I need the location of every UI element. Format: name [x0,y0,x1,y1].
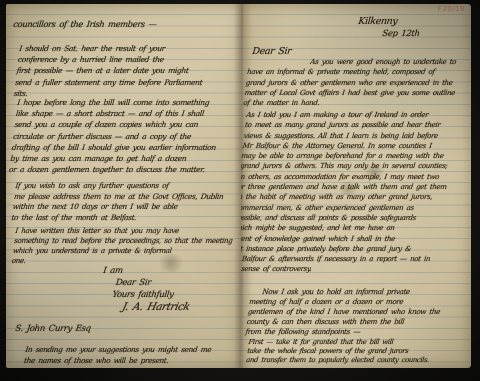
handwriting-line: grand jurors & other gentlemen who are e… [245,78,464,88]
handwriting-line: gentlemen of the kind I have mentioned w… [247,307,466,317]
handwriting-line: to meet as many grand jurors as possible… [244,120,465,130]
reference-number: F20/18 [438,5,465,13]
handwriting-line: As I told you I am making a tour of Irel… [246,110,467,120]
handwriting-line: or a dozen gentlemen together to discuss… [8,164,229,175]
handwriting-line: conference by a hurried line mailed the [17,54,236,65]
handwriting-line: Now I ask you to hold an informal privat… [250,287,469,297]
paragraph: As I told you I am making a tour of Irel… [241,110,467,275]
place-line: Kilkenny [358,16,398,27]
handwriting-line: matter of Local Govt affairs I had best … [244,88,463,98]
letter-scan: councillors of the Irish members — I sho… [6,4,471,368]
handwriting-line: or three gentlemen and have a talk with … [241,182,458,192]
handwriting-line: and transfer them to popularly elected c… [246,356,467,365]
handwriting-line: like shape — a short abstract — and of t… [15,108,236,119]
handwriting-line: may be able to arrange beforehand for a … [241,151,462,161]
handwriting-line: first instance place privately before th… [241,244,451,254]
handwriting-line: drafting of the bill I should give you e… [11,142,232,153]
handwriting-line: I hope before long the bill will come in… [17,97,238,108]
handwriting-line: within the next 10 days or then I will b… [12,202,235,213]
handwriting-line: in others, as accommodation for example,… [241,172,459,182]
paragraph: First — take it for granted that the bil… [246,338,469,366]
paragraph: I have written this letter so that you m… [11,226,238,266]
handwriting-line: meeting of half a dozen or a dozen or mo… [249,297,468,307]
heading-line: councillors of the Irish members — [13,19,157,29]
handwriting-line: Dear Sir [115,277,234,289]
handwriting-line: first possible — then at a later date yo… [16,65,235,76]
handwriting-line: to the last of the month at Belfast. [11,213,234,224]
handwriting-line: county & can then discuss with them the … [246,317,465,327]
handwriting-line: Yours faithfully [112,289,233,301]
handwriting-line: If you wish to ask any further questions… [15,181,238,192]
handwriting-line: First — take it for granted that the bil… [248,338,469,347]
handwriting-line: the names of those who will be present. [23,356,236,367]
handwriting-line: In sending me your suggestions you might… [25,345,238,356]
scanned-letter-photo: { "scan": { "ref_number": "F20/18", "lef… [0,0,480,381]
paragraph: As you were good enough to undertake toh… [243,57,467,108]
handwriting-line: views & suggestions. All that I learn is… [243,131,464,141]
signature: J. A. Hartrick [121,301,191,313]
paragraph: I hope before long the bill will come in… [8,97,238,175]
handwriting-line: me please address them to me at the Govt… [13,192,236,203]
paragraph: If you wish to ask any further questions… [11,181,238,223]
paragraph: Now I ask you to hold an informal privat… [245,287,469,337]
handwriting-line: I am [103,265,236,277]
handwriting-line: grand jurors & others. This may only be … [241,161,461,171]
handwriting-line: I should on Sat. hear the result of your [19,43,238,54]
handwriting-line: circulate or further discuss — and a cop… [12,131,233,142]
closing-block: I amDear SirYours faithfully [6,265,236,301]
handwriting-line: commercial men, & other experienced gent… [241,203,456,213]
handwriting-line: possible, and discuss all points & possi… [241,213,454,223]
handwriting-line: I have written this letter so that you m… [15,226,238,236]
handwriting-line: Mr Balfour & afterwards if necessary in … [241,254,449,264]
handwriting-line: extent of knowledge gained which I shall… [241,234,452,244]
postscript-block: In sending me your suggestions you might… [23,345,238,366]
handwriting-line: in the habit of meeting with as many oth… [241,192,457,202]
handwriting-line: As you were good enough to undertake to [248,57,467,67]
salutation: Dear Sir [252,46,292,57]
handwriting-line: of the matter in hand. [243,98,462,108]
right-page: F20/18 Kilkenny Sep 12th Dear Sir As you… [241,4,471,368]
handwriting-line: send a fuller statement any time before … [14,77,233,88]
handwriting-line: send you a couple of dozen copies which … [14,119,235,130]
handwriting-line: something to read before the proceedings… [14,236,237,246]
addressee-line: S. John Curry Esq [15,324,91,334]
handwriting-line: the sense of controversy. [241,264,448,274]
handwriting-line: from the following standpoints — [245,327,464,337]
handwriting-line: which might be suggested, and let me hav… [241,223,453,233]
left-page: councillors of the Irish members — I sho… [6,4,241,368]
handwriting-line: by time as you can manage to get half a … [10,153,231,164]
handwriting-line: which you understand is a private & info… [12,246,235,256]
date-line: Sep 12th [382,29,420,39]
handwriting-line: Mr Balfour & the Attorney General. In so… [242,141,463,151]
paragraph: I should on Sat. hear the result of your… [13,43,238,99]
handwriting-line: have an informal & private meeting held,… [246,67,465,77]
